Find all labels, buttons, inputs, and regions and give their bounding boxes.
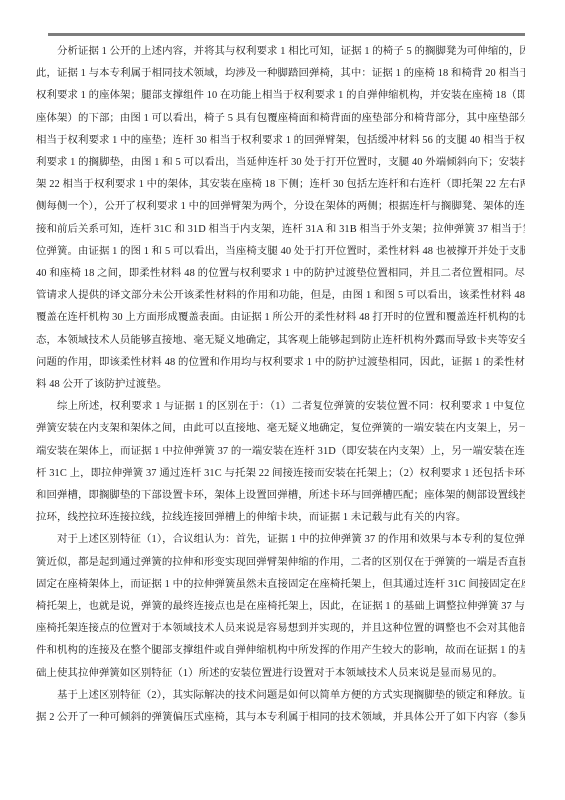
text-line: 端安装在架体上，而证据 1 中拉伸弹簧 37 的一端安装在连杆 31D（即安装在… <box>36 441 525 463</box>
text-line: 件和机构的连接及在整个腿部支撑组件或自弹伸缩机构中所发挥的作用产生较大的影响，故… <box>36 640 525 662</box>
text-line: 态，本领域技术人员能够直接地、毫无疑义地确定，其客观上能够起到防止连杆机构外露而… <box>36 330 525 352</box>
text-line: 础上使其拉伸弹簧如区别特征（1）所述的安装位置进行设置对于本领域技术人员来说是显… <box>36 663 525 685</box>
text-line: 位弹簧。由证据 1 的图 1 和 5 可以看出，当座椅支腿 40 处于打开位置时… <box>36 241 525 263</box>
text-line: 40 和座椅 18 之间，即柔性材料 48 的位置与权利要求 1 中的防护过渡垫… <box>36 263 525 285</box>
text-line: 覆盖在连杆机构 30 上方面形成覆盖表面。由证据 1 所公开的柔性材料 48 打… <box>36 307 525 329</box>
text-line: 架 22 相当于权利要求 1 中的架体，其安装在座椅 18 下侧；连杆 30 包… <box>36 174 525 196</box>
text-line: 综上所述，权利要求 1 与证据 1 的区别在于：（1）二者复位弹簧的安装位置不同… <box>36 396 525 418</box>
text-line: 座体架）的下部；由图 1 可以看出，椅子 5 具有包覆座椅面和椅背面的座垫部分和… <box>36 108 525 130</box>
text-line: 料 48 公开了该防护过渡垫。 <box>36 374 525 396</box>
text-line: 弹簧安装在内支架和架体之间，由此可以直接地、毫无疑义地确定，复位弹簧的一端安装在… <box>36 418 525 440</box>
text-line: 问题的作用，即该柔性材料 48 的位置和作用均与权利要求 1 中的防护过渡垫相同… <box>36 352 525 374</box>
text-line: 侧每侧一个），公开了权利要求 1 中的回弹臂架为两个，分设在架体的两侧；根据连杆… <box>36 196 525 218</box>
text-line: 利要求 1 的搁脚垫，由图 1 和 5 可以看出，当延伸连杆 30 处于打开位置… <box>36 152 525 174</box>
text-line: 此，证据 1 与本专利属于相同技术领域，均涉及一种脚踏回弹椅，其中：证据 1 的… <box>36 63 525 85</box>
paragraph: 综上所述，权利要求 1 与证据 1 的区别在于：（1）二者复位弹簧的安装位置不同… <box>36 396 525 529</box>
text-line: 对于上述区别特征（1），合议组认为：首先，证据 1 中的拉伸弹簧 37 的作用和… <box>36 529 525 551</box>
text-line: 据 2 公开了一种可倾斜的弹簧偏压式座椅，其与本专利属于相同的技术领域，并具体公… <box>36 707 525 729</box>
text-line: 权利要求 1 的座体架；腿部支撑组件 10 在功能上相当于权利要求 1 的自弹伸… <box>36 85 525 107</box>
paragraph: 分析证据 1 公开的上述内容，并将其与权利要求 1 相比可知，证据 1 的椅子 … <box>36 41 525 396</box>
document-page: 分析证据 1 公开的上述内容，并将其与权利要求 1 相比可知，证据 1 的椅子 … <box>0 0 565 800</box>
text-line: 固定在座椅架体上，而证据 1 中的拉伸弹簧虽然未直接固定在座椅托架上，但其通过连… <box>36 574 525 596</box>
text-line: 椅托架上，也就是说，弹簧的最终连接点也是在座椅托架上，因此，在证据 1 的基础上… <box>36 596 525 618</box>
text-line: 接和前后关系可知，连杆 31C 和 31D 相当于内支架，连杆 31A 和 31… <box>36 219 525 241</box>
top-rule <box>48 33 525 36</box>
text-line: 拉环，线控拉环连接拉线，拉线连接回弹槽上的伸缩卡块，而证据 1 未记载与此有关的… <box>36 507 525 529</box>
text-line: 杆 31C 上，即拉伸弹簧 37 通过连杆 31C 与托架 22 间接连接而安装… <box>36 463 525 485</box>
text-line: 分析证据 1 公开的上述内容，并将其与权利要求 1 相比可知，证据 1 的椅子 … <box>36 41 525 63</box>
text-line: 座椅托架连接点的位置对于本领域技术人员来说是容易想到并实现的，并且这种位置的调整… <box>36 618 525 640</box>
text-line: 簧近似，都是起到通过弹簧的拉伸和形变实现回弹臂架伸缩的作用，二者的区别仅在于弹簧… <box>36 552 525 574</box>
paragraph: 基于上述区别特征（2），其实际解决的技术问题是如何以简单方便的方式实现搁脚垫的锁… <box>36 685 525 729</box>
text-line: 基于上述区别特征（2），其实际解决的技术问题是如何以简单方便的方式实现搁脚垫的锁… <box>36 685 525 707</box>
paragraph: 对于上述区别特征（1），合议组认为：首先，证据 1 中的拉伸弹簧 37 的作用和… <box>36 529 525 684</box>
document-body: 分析证据 1 公开的上述内容，并将其与权利要求 1 相比可知，证据 1 的椅子 … <box>36 41 525 729</box>
text-line: 相当于权利要求 1 中的座垫；连杆 30 相当于权利要求 1 的回弹臂架，包括缓… <box>36 130 525 152</box>
text-line: 和回弹槽，即搁脚垫的下部设置卡环，架体上设置回弹槽，所述卡环与回弹槽匹配；座体架… <box>36 485 525 507</box>
text-line: 管请求人提供的译文部分未公开该柔性材料的作用和功能，但是，由图 1 和图 5 可… <box>36 285 525 307</box>
